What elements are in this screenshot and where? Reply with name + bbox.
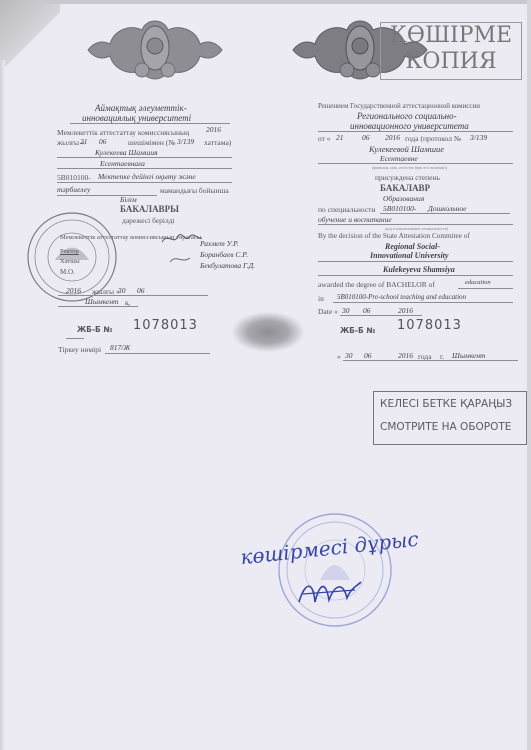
kz-issue-day: 30 — [118, 286, 126, 295]
page-edge — [0, 60, 5, 750]
kazakhstan-emblem-left — [80, 12, 230, 87]
certifier-signature — [295, 572, 365, 612]
kz-secretary-label: Хатшы — [60, 258, 80, 265]
kz-issue-month: 06 — [137, 286, 145, 295]
kz-specialty-code: 5В010100- — [57, 173, 91, 182]
see-reverse-ru: СМОТРИТЕ НА ОБОРОТЕ — [380, 421, 511, 433]
ru-awarded-text: присуждена степень — [375, 173, 440, 182]
ru-name-caption: (фамилия, имя, отчество (при его наличии… — [372, 165, 447, 170]
kz-protocol-suffix: хаттама) — [204, 138, 231, 147]
signature-scribble — [160, 228, 205, 268]
see-reverse-kz: КЕЛЕСІ БЕТКЕ ҚАРАҢЫЗ — [380, 398, 512, 410]
copy-stamp-line2: КОПИЯ — [381, 49, 521, 75]
kz-university-line2: инновациялық университеті — [82, 113, 191, 123]
en-decision-text: By the decision of the State Attestation… — [318, 232, 470, 240]
ru-month: 06 — [362, 133, 370, 142]
kz-protocol-no: 3/139 — [177, 137, 194, 146]
ru-patronymic: Есентаевне — [380, 154, 418, 163]
page-right-edge — [527, 0, 531, 750]
kz-registration-label: Тіркеу нөмірі — [58, 345, 101, 354]
en-in-label: in — [318, 294, 324, 303]
kz-field: Білім — [120, 195, 137, 204]
en-name: Kulekeyeva Shamsiya — [383, 265, 455, 274]
kz-degree: БАКАЛАВРЫ — [120, 204, 179, 214]
en-field: education — [465, 279, 491, 286]
kz-patronymic: Есентаевнаға — [100, 159, 145, 168]
kz-serial-number: 1078013 — [133, 318, 198, 333]
see-reverse-stamp: КЕЛЕСІ БЕТКЕ ҚАРАҢЫЗ СМОТРИТЕ НА ОБОРОТЕ — [373, 391, 527, 445]
kz-specialty-name-2: тәрбиелеу — [57, 185, 90, 194]
ru-footer-year: 2016 — [398, 351, 413, 360]
kz-signatory-3: Бекбулатова Г.Д. — [200, 261, 255, 270]
kz-decision-text: шешімімен (№ — [128, 138, 175, 147]
ru-specialty-code: 5В010100- — [383, 204, 416, 213]
kz-month: 06 — [99, 137, 107, 146]
kz-signatory-1: Рахмет У.Р. — [200, 239, 239, 248]
kz-university-line1: Аймақтық әлеуметтік- — [95, 103, 187, 113]
kz-day: 21 — [80, 137, 88, 146]
kz-mo-label: М.О. — [60, 268, 75, 276]
kz-degree-suffix: дәрежесі берілді — [122, 216, 175, 225]
page-fold-shadow — [0, 0, 60, 70]
en-day: 30 — [342, 306, 350, 315]
ru-field: Образования — [383, 194, 424, 203]
ru-specialty-name-2: обучение и воспитание — [318, 215, 392, 224]
ru-specialty-caption: (код и наименование специальности) — [385, 226, 448, 231]
kz-issue-year: 2016 — [66, 286, 81, 295]
kz-specialty-name-1: Мектепке дейінгі оқыту және — [98, 172, 196, 181]
kz-registration-number: 817/Ж — [110, 343, 130, 352]
page-top-edge — [40, 0, 531, 4]
ru-serial-label: ЖБ-Б № — [340, 326, 375, 335]
ru-protocol-no: 3/139 — [470, 133, 487, 142]
ru-university-line2: инновационного университета — [350, 121, 469, 131]
en-specialty: 5В010100-Pre-school teaching and educati… — [337, 293, 466, 301]
ru-footer-month: 06 — [364, 351, 372, 360]
ru-day: 21 — [336, 133, 344, 142]
en-university-line2: Innovational University — [370, 251, 448, 260]
copy-stamp: КӨШІРМЕ КОПИЯ — [380, 22, 522, 80]
ru-year: 2016 — [385, 133, 400, 142]
en-awarded-text: awarded the degree of BACHELOR of — [318, 280, 435, 289]
ru-footer-date-prefix: « — [337, 352, 341, 361]
ru-specialty-label: по специальности — [318, 205, 375, 214]
ru-specialty-name-1: Дошкольное — [428, 204, 466, 213]
kz-year: 2016 — [206, 125, 221, 134]
ru-decision-text: Решением Государственной аттестационной … — [318, 102, 480, 110]
kz-commission-text: Мемлекеттік аттестаттау комиссиясының — [57, 128, 189, 137]
kz-specialty-suffix: мамандығы бойынша — [160, 186, 229, 195]
ru-serial-number: 1078013 — [397, 318, 462, 333]
ru-footer-day: 30 — [345, 351, 353, 360]
kz-city: Шымкент — [85, 297, 118, 306]
ru-footer-city: Шымкент — [452, 351, 485, 360]
ru-university-line1: Регионального социально- — [357, 111, 457, 121]
en-date-label: Date « — [318, 307, 338, 316]
en-year: 2016 — [398, 306, 413, 315]
kz-serial-label: ЖБ-Б № — [77, 325, 112, 334]
en-month: 06 — [363, 306, 371, 315]
kz-rector-label: Ректор — [60, 248, 79, 255]
ru-year-suffix: года (протокол № — [405, 134, 461, 143]
toner-smudge — [232, 312, 304, 352]
ru-degree: БАКАЛАВР — [380, 183, 430, 193]
en-university-line1: Regional Social- — [385, 242, 440, 251]
kz-signatory-2: Боранбаев С.Р. — [200, 250, 248, 259]
ru-date-prefix: от « — [318, 134, 331, 143]
certification-round-seal — [275, 510, 395, 630]
copy-stamp-line1: КӨШІРМЕ — [381, 23, 521, 49]
ru-name: Кулекеевой Шамшие — [369, 144, 444, 154]
kz-surname-name: Кулекеева Шамшия — [95, 148, 158, 157]
